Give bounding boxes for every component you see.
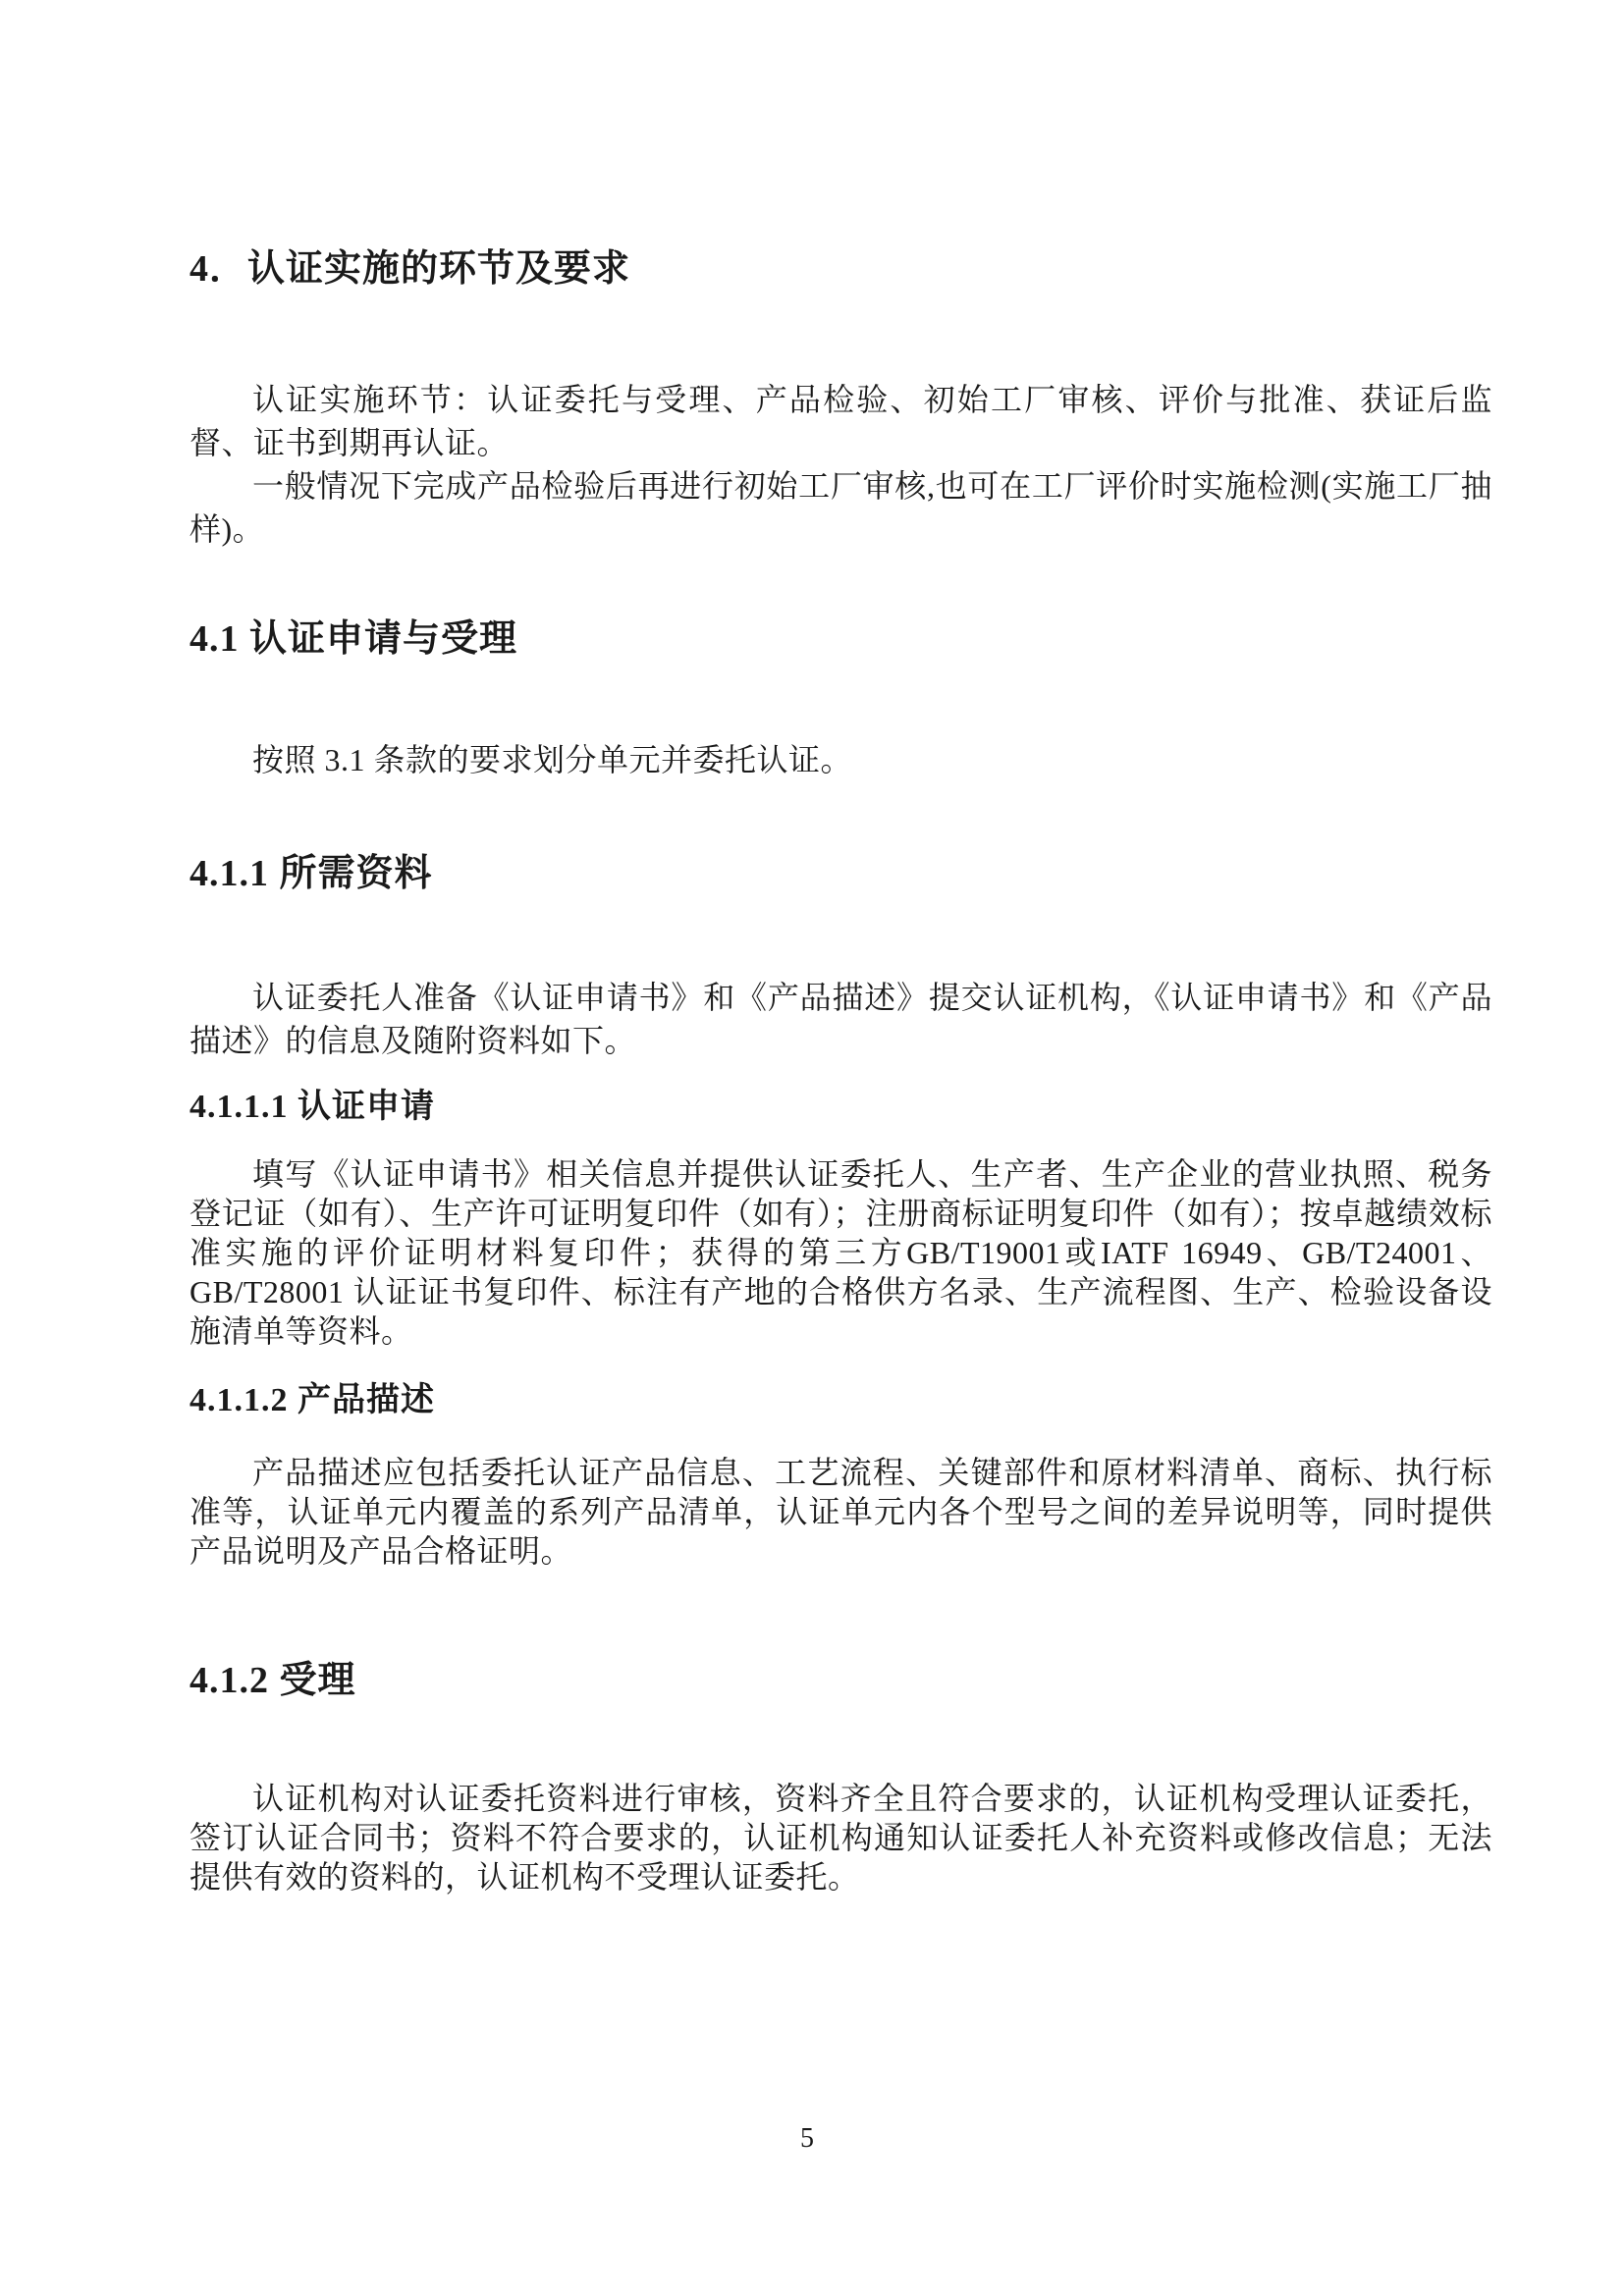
section-4-1-paragraph: 按照 3.1 条款的要求划分单元并委托认证。	[189, 738, 1492, 781]
section-4-1-1-heading: 4.1.1 所需资料	[189, 853, 1492, 894]
intro-paragraph-2: 一般情况下完成产品检验后再进行初始工厂审核,也可在工厂评价时实施检测(实施工厂抽…	[189, 464, 1492, 551]
page-number: 5	[0, 2123, 1614, 2155]
section-4-1-1-2-heading: 4.1.1.2 产品描述	[189, 1382, 1492, 1419]
document-page: 4．认证实施的环节及要求 认证实施环节：认证委托与受理、产品检验、初始工厂审核、…	[0, 0, 1624, 2296]
section-4-1-1-2-paragraph: 产品描述应包括委托认证产品信息、工艺流程、关键部件和原材料清单、商标、执行标准等…	[189, 1453, 1492, 1571]
section-4-1-1-paragraph: 认证委托人准备《认证申请书》和《产品描述》提交认证机构，《认证申请书》和《产品描…	[189, 976, 1492, 1062]
section-4-1-heading: 4.1 认证申请与受理	[189, 618, 1492, 660]
section-4-1-2-paragraph: 认证机构对认证委托资料进行审核，资料齐全且符合要求的，认证机构受理认证委托，签订…	[189, 1779, 1492, 1896]
section-4-title: 4．认证实施的环节及要求	[189, 248, 1492, 290]
document-content: 4．认证实施的环节及要求 认证实施环节：认证委托与受理、产品检验、初始工厂审核、…	[0, 0, 1624, 1896]
intro-paragraph-1: 认证实施环节：认证委托与受理、产品检验、初始工厂审核、评价与批准、获证后监督、证…	[189, 378, 1492, 464]
section-4-1-1-1-paragraph: 填写《认证申请书》相关信息并提供认证委托人、生产者、生产企业的营业执照、税务登记…	[189, 1154, 1492, 1351]
section-4-1-1-1-heading: 4.1.1.1 认证申请	[189, 1089, 1492, 1126]
section-4-1-2-heading: 4.1.2 受理	[189, 1660, 1492, 1701]
